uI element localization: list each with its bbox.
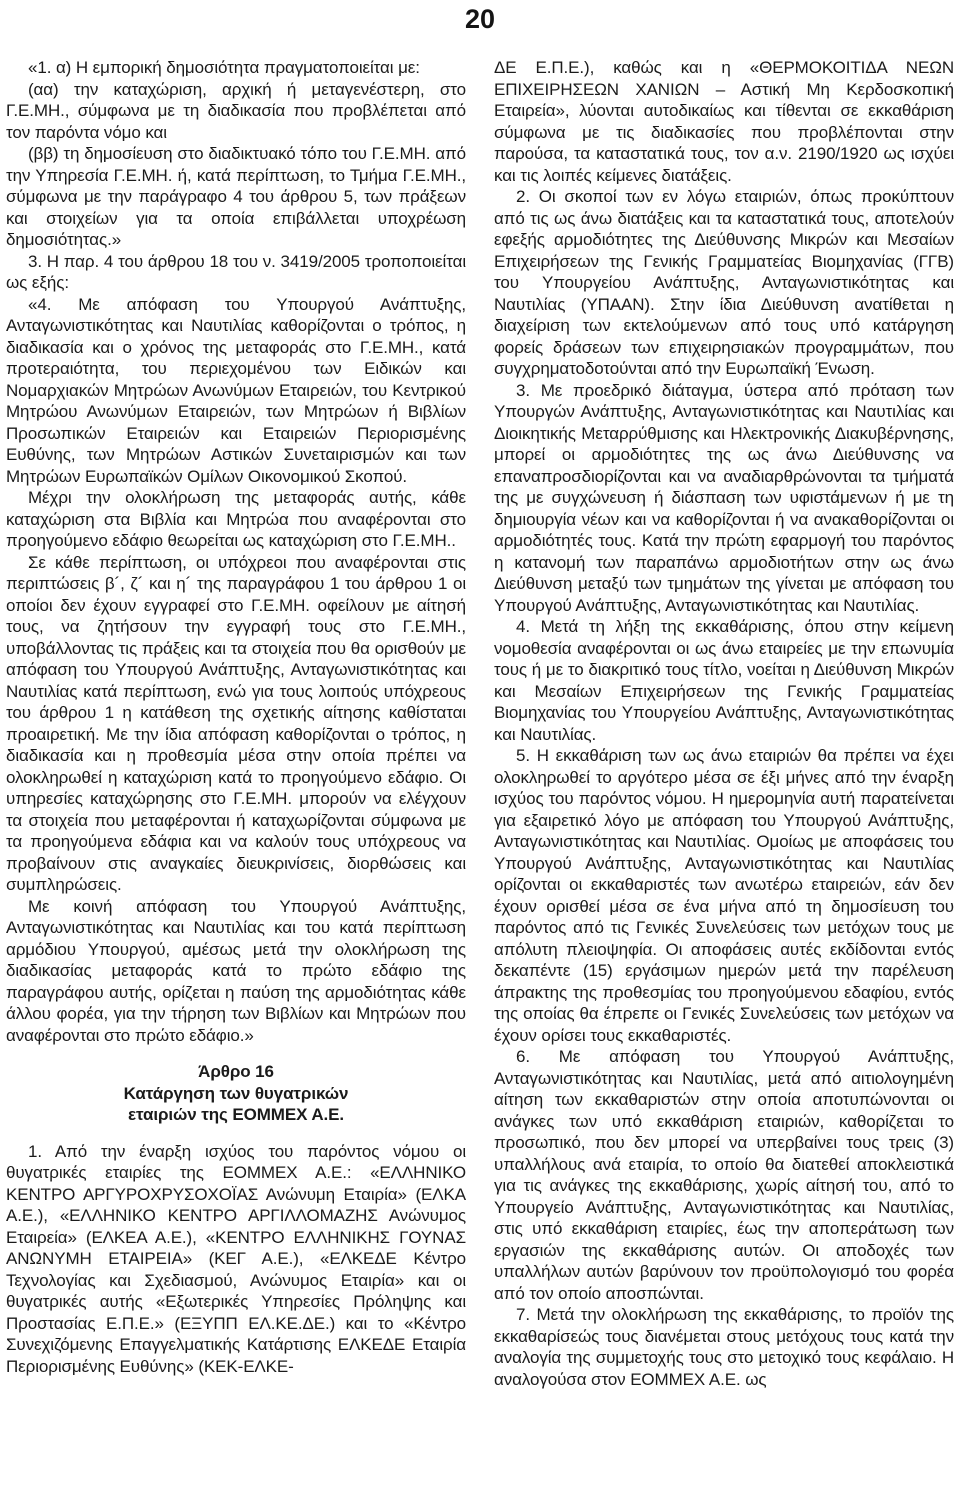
article-number: Άρθρο 16 bbox=[6, 1061, 466, 1083]
paragraph: 2. Οι σκοποί των εν λόγω εταιριών, όπως … bbox=[494, 186, 954, 380]
paragraph: 3. Με προεδρικό διάταγμα, ύστερα από πρό… bbox=[494, 380, 954, 617]
left-column: «1. α) Η εμπορική δημοσιότητα πραγματοπο… bbox=[6, 57, 466, 1390]
page-number: 20 bbox=[0, 4, 960, 35]
article-title-line-1: Κατάργηση των θυγατρικών bbox=[6, 1083, 466, 1105]
paragraph: 4. Μετά τη λήξη της εκκαθάρισης, όπου στ… bbox=[494, 616, 954, 745]
paragraph: 7. Μετά την ολοκλήρωση της εκκαθάρισης, … bbox=[494, 1304, 954, 1390]
document-page: 20 «1. α) Η εμπορική δημοσιότητα πραγματ… bbox=[0, 0, 960, 1502]
text-columns: «1. α) Η εμπορική δημοσιότητα πραγματοπο… bbox=[6, 57, 954, 1390]
paragraph: (αα) την καταχώριση, αρχική ή μεταγενέστ… bbox=[6, 79, 466, 144]
paragraph: «4. Με απόφαση του Υπουργού Ανάπτυξης, Α… bbox=[6, 294, 466, 488]
paragraph: 5. Η εκκαθάριση των ως άνω εταιριών θα π… bbox=[494, 745, 954, 1046]
right-column: ΔΕ Ε.Π.Ε.), καθώς και η «ΘΕΡΜΟΚΟΙΤΙΔΑ ΝΕ… bbox=[494, 57, 954, 1390]
paragraph: ΔΕ Ε.Π.Ε.), καθώς και η «ΘΕΡΜΟΚΟΙΤΙΔΑ ΝΕ… bbox=[494, 57, 954, 186]
article-title-line-2: εταιριών της ΕΟΜΜΕΧ Α.Ε. bbox=[6, 1104, 466, 1126]
paragraph: (ββ) τη δημοσίευση στο διαδικτυακό τόπο … bbox=[6, 143, 466, 251]
article-heading: Άρθρο 16 Κατάργηση των θυγατρικών εταιρι… bbox=[6, 1061, 466, 1126]
paragraph: 6. Με απόφαση του Υπουργού Ανάπτυξης, Αν… bbox=[494, 1046, 954, 1304]
paragraph: «1. α) Η εμπορική δημοσιότητα πραγματοπο… bbox=[6, 57, 466, 79]
paragraph: Με κοινή απόφαση του Υπουργού Ανάπτυξης,… bbox=[6, 896, 466, 1047]
paragraph: 3. Η παρ. 4 του άρθρου 18 του ν. 3419/20… bbox=[6, 251, 466, 294]
paragraph: 1. Από την έναρξη ισχύος του παρόντος νό… bbox=[6, 1141, 466, 1378]
paragraph: Σε κάθε περίπτωση, οι υπόχρεοι που αναφέ… bbox=[6, 552, 466, 896]
paragraph: Μέχρι την ολοκλήρωση της μεταφοράς αυτής… bbox=[6, 487, 466, 552]
